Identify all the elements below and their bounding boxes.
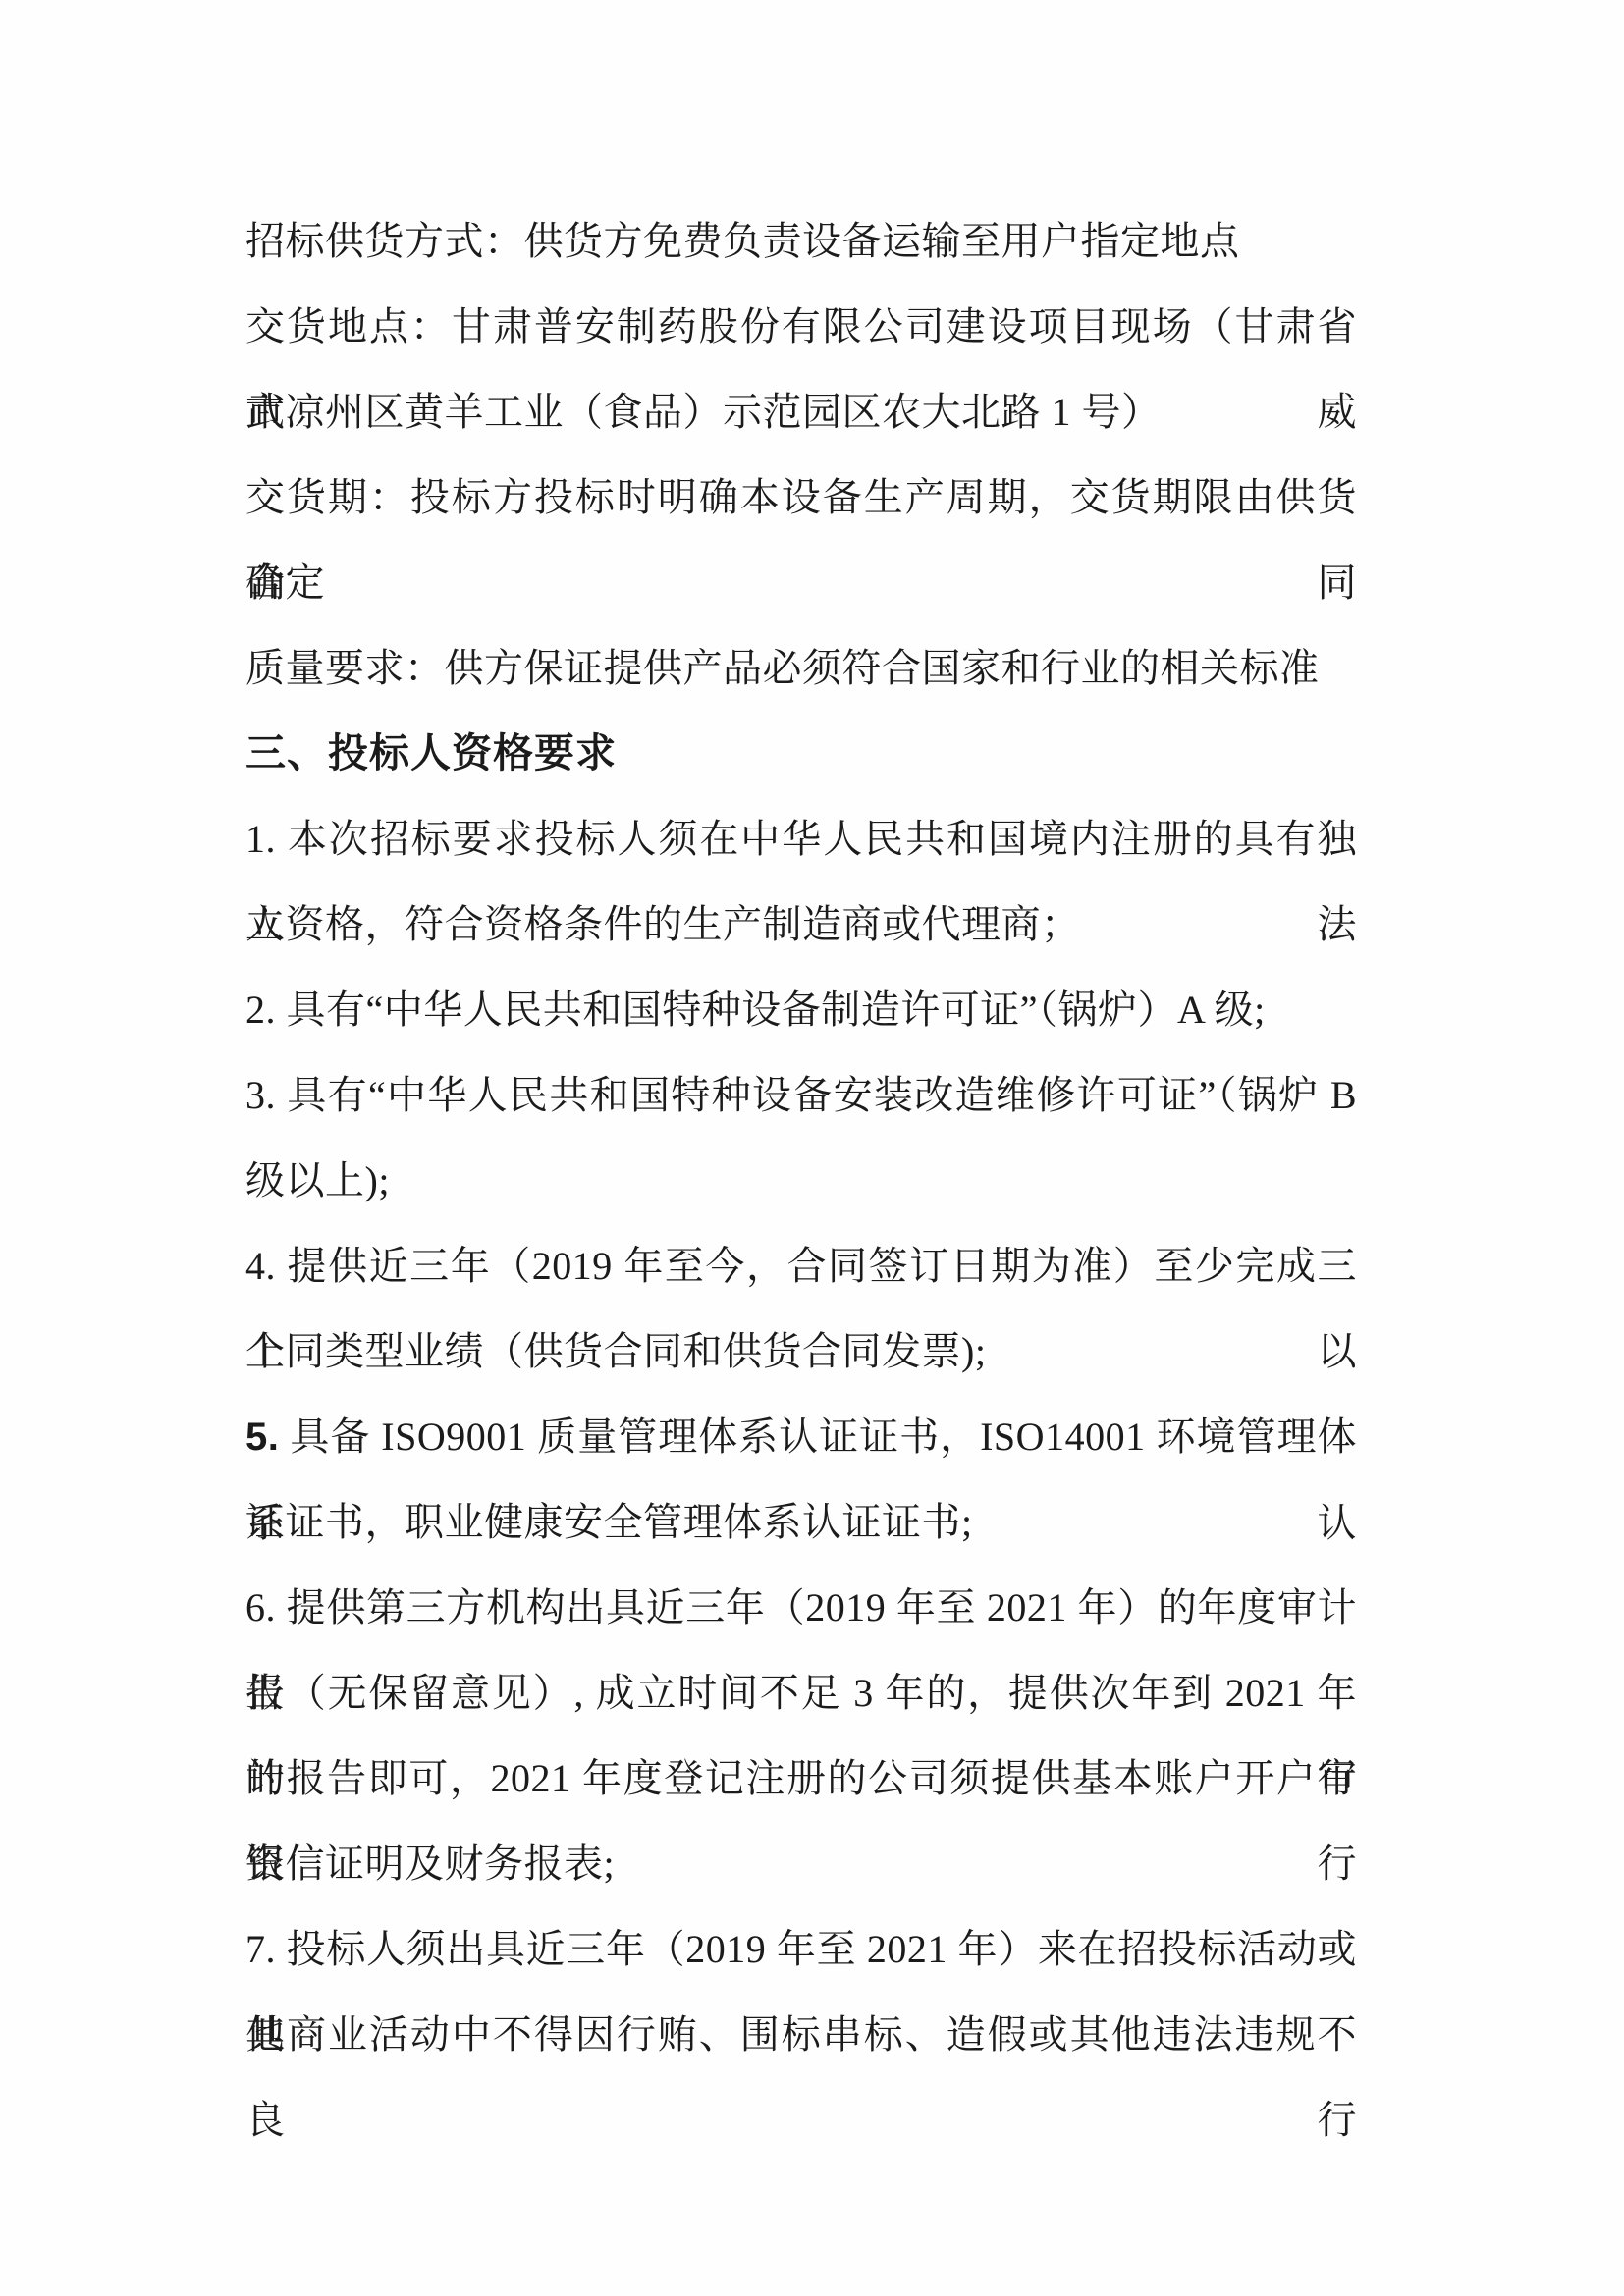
text-line-supply-method: 招标供货方式：供货方免费负责设备运输至用户指定地点	[245, 198, 1357, 284]
bold-item-number-5: 5.	[245, 1415, 279, 1459]
text-line-quality-requirement: 质量要求：供方保证提供产品必须符合国家和行业的相关标准	[245, 625, 1357, 711]
text-line-item1-1: 1. 本次招标要求投标人须在中华人民共和国境内注册的具有独立法	[245, 796, 1357, 881]
text-line-item2: 2. 具有“中华人民共和国特种设备制造许可证”（锅炉）A 级;	[245, 967, 1357, 1052]
text-line-item6-3: 计报告即可，2021 年度登记注册的公司须提供基本账户开户行银行	[245, 1735, 1357, 1821]
text-line-item6-1: 6. 提供第三方机构出具近三年（2019 年至 2021 年）的年度审计报	[245, 1565, 1357, 1650]
text-line-delivery-period-1: 交货期：投标方投标时明确本设备生产周期，交货期限由供货合同	[245, 454, 1357, 540]
text-line-item5-1: 5. 具备 ISO9001 质量管理体系认证证书，ISO14001 环境管理体系…	[245, 1394, 1357, 1479]
document-page: 招标供货方式：供货方免费负责设备运输至用户指定地点 交货地点：甘肃普安制药股份有…	[0, 0, 1624, 2296]
document-text-block: 招标供货方式：供货方免费负责设备运输至用户指定地点 交货地点：甘肃普安制药股份有…	[245, 198, 1357, 2077]
section-heading-bidder-qualification: 三、投标人资格要求	[245, 711, 1357, 796]
text-line-item4-1: 4. 提供近三年（2019 年至今，合同签订日期为准）至少完成三个以	[245, 1223, 1357, 1308]
text-line-item3-1: 3. 具有“中华人民共和国特种设备安装改造维修许可证”（锅炉 B	[245, 1052, 1357, 1138]
text-line-item7-2: 他商业活动中不得因行贿、围标串标、造假或其他违法违规不良行	[245, 1992, 1357, 2077]
text-line-item3-2: 级以上);	[245, 1138, 1357, 1223]
text-line-item7-1: 7. 投标人须出具近三年（2019 年至 2021 年）来在招投标活动或其	[245, 1906, 1357, 1992]
text-line-item6-2: 告（无保留意见）, 成立时间不足 3 年的，提供次年到 2021 年的审	[245, 1650, 1357, 1735]
text-line-delivery-place-1: 交货地点：甘肃普安制药股份有限公司建设项目现场（甘肃省武威	[245, 284, 1357, 369]
